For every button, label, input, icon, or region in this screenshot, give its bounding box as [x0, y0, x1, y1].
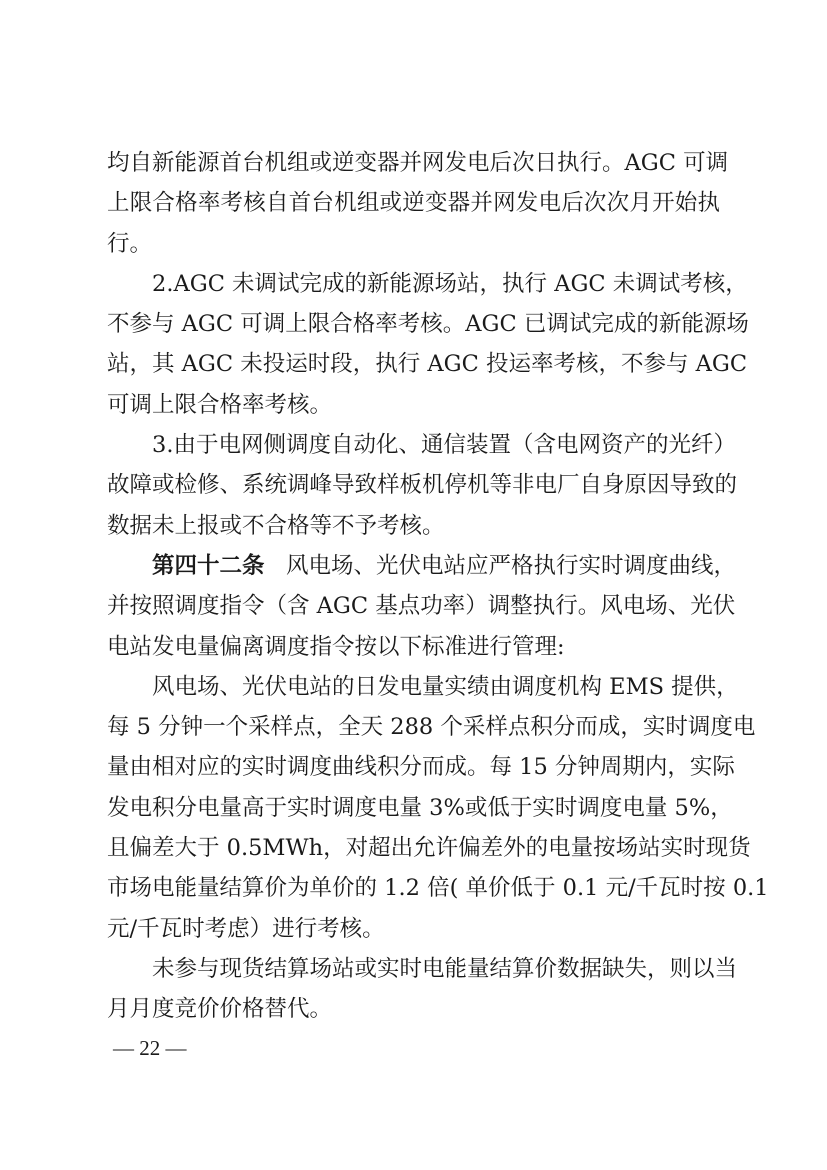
text-line: 站，其 AGC 未投运时段，执行 AGC 投运率考核，不参与 AGC [107, 344, 720, 384]
paragraph-substitute-price: 未参与现货结算场站或实时电能量结算价数据缺失，则以当 月月度竞价价格替代。 [107, 949, 720, 1030]
text-line: 量由相对应的实时调度曲线积分而成。每 15 分钟周期内，实际 [107, 747, 720, 787]
text-line: 未参与现货结算场站或实时电能量结算价数据缺失，则以当 [107, 949, 720, 989]
text-line: 每 5 分钟一个采样点，全天 288 个采样点积分而成，实时调度电 [107, 707, 720, 747]
text-line: 2.AGC 未调试完成的新能源场站，执行 AGC 未调试考核， [107, 264, 720, 304]
paragraph-item-2: 2.AGC 未调试完成的新能源场站，执行 AGC 未调试考核， 不参与 AGC … [107, 264, 720, 425]
text-line: 月月度竞价价格替代。 [107, 989, 720, 1029]
paragraph-ems: 风电场、光伏电站的日发电量实绩由调度机构 EMS 提供， 每 5 分钟一个采样点… [107, 667, 720, 949]
text-line: 发电积分电量高于实时调度电量 3%或低于实时调度电量 5%， [107, 788, 720, 828]
text-line: 3.由于电网侧调度自动化、通信装置（含电网资产的光纤） [107, 425, 720, 465]
article-first-line: 第四十二条 风电场、光伏电站应严格执行实时调度曲线， [107, 546, 720, 586]
article-42: 第四十二条 风电场、光伏电站应严格执行实时调度曲线， 并按照调度指令（含 AGC… [107, 546, 720, 667]
text-line: 行。 [107, 224, 720, 264]
text-line: 不参与 AGC 可调上限合格率考核。AGC 已调试完成的新能源场 [107, 304, 720, 344]
paragraph-item-3: 3.由于电网侧调度自动化、通信装置（含电网资产的光纤） 故障或检修、系统调峰导致… [107, 425, 720, 546]
article-heading: 第四十二条 [152, 553, 265, 579]
text-line: 元/千瓦时考虑）进行考核。 [107, 909, 720, 949]
text-line: 数据未上报或不合格等不予考核。 [107, 506, 720, 546]
paragraph-continuation: 均自新能源首台机组或逆变器并网发电后次日执行。AGC 可调 上限合格率考核自首台… [107, 143, 720, 264]
text-line: 市场电能量结算价为单价的 1.2 倍( 单价低于 0.1 元/千瓦时按 0.1 [107, 868, 720, 908]
text-line: 风电场、光伏电站的日发电量实绩由调度机构 EMS 提供， [107, 667, 720, 707]
text-line: 并按照调度指令（含 AGC 基点功率）调整执行。风电场、光伏 [107, 586, 720, 626]
text-line: 均自新能源首台机组或逆变器并网发电后次日执行。AGC 可调 [107, 143, 720, 183]
text-line: 故障或检修、系统调峰导致样板机停机等非电厂自身原因导致的 [107, 465, 720, 505]
text-line: 电站发电量偏离调度指令按以下标准进行管理: [107, 627, 720, 667]
article-text: 风电场、光伏电站应严格执行实时调度曲线， [286, 553, 736, 579]
document-page: 均自新能源首台机组或逆变器并网发电后次日执行。AGC 可调 上限合格率考核自首台… [107, 143, 720, 1030]
text-line: 可调上限合格率考核。 [107, 385, 720, 425]
page-number: — 22 — [113, 1036, 187, 1061]
text-line: 上限合格率考核自首台机组或逆变器并网发电后次次月开始执 [107, 183, 720, 223]
text-line: 且偏差大于 0.5MWh，对超出允许偏差外的电量按场站实时现货 [107, 828, 720, 868]
